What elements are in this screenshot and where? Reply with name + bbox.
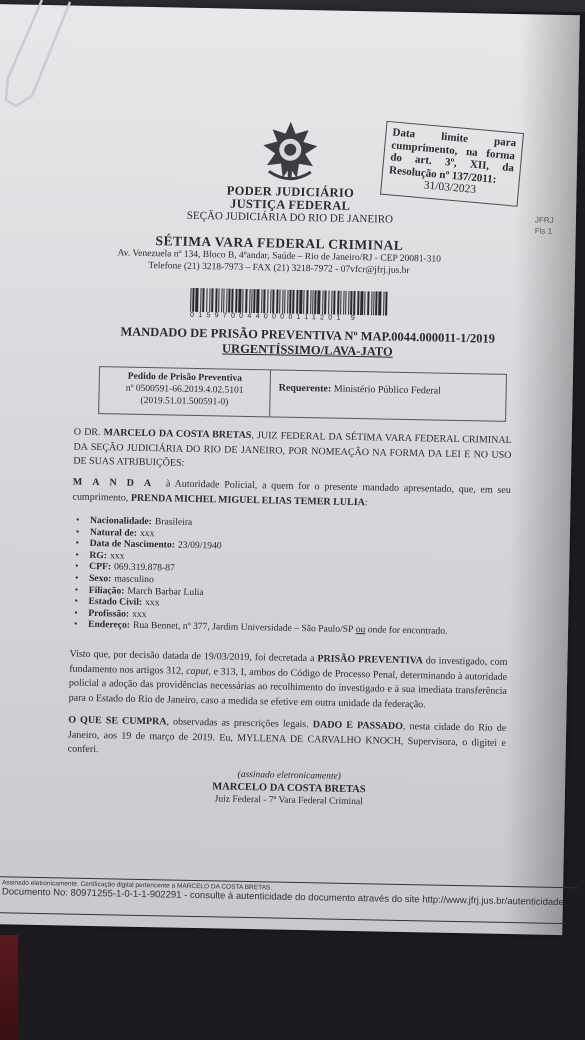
case-info-table: Pedido de Prisão Preventiva nº 0500591-6…	[98, 366, 507, 422]
closing-paragraph: O QUE SE CUMPRA, observadas as prescriçõ…	[68, 714, 507, 766]
signature-role: Juiz Federal - 7ª Vara Federal Criminal	[189, 793, 389, 809]
document-title-block: MANDADO DE PRISÃO PREVENTIVA Nº MAP.0044…	[107, 324, 508, 362]
background-fabric	[0, 935, 18, 1040]
bullet-icon: •	[75, 573, 89, 585]
case-info-request: Pedido de Prisão Preventiva nº 0500591-6…	[99, 367, 271, 416]
bullet-icon: •	[74, 607, 88, 619]
court-header: SÉTIMA VARA FEDERAL CRIMINAL Av. Venezue…	[109, 232, 450, 278]
page-stamp: JFRJ Fls 1	[535, 214, 554, 236]
coat-of-arms-icon	[259, 119, 322, 186]
document-page: PODER JUDICIÁRIO JUSTIÇA FEDERAL SEÇÃO J…	[0, 4, 580, 935]
case-info-requester: Requerente: Ministério Público Federal	[270, 370, 506, 421]
bullet-icon: •	[76, 526, 90, 538]
authentication-footer: Assinado eletronicamente. Certificação d…	[0, 876, 578, 922]
bullet-icon: •	[74, 596, 88, 608]
signature-block: (assinado eletronicamente) MARCELO DA CO…	[189, 768, 390, 809]
bullet-icon: •	[75, 549, 89, 561]
bullet-icon: •	[75, 561, 89, 573]
bullet-icon: •	[75, 584, 89, 596]
person-details-list: •Nacionalidade:Brasileira•Natural de:xxx…	[74, 515, 450, 638]
bullet-icon: •	[76, 515, 90, 527]
deadline-box: Data limite para cumprimento, na forma d…	[380, 121, 524, 207]
bullet-icon: •	[76, 538, 90, 550]
paper-clip-icon	[2, 0, 72, 110]
bullet-icon: •	[74, 619, 88, 631]
decision-paragraph: Visto que, por decisão datada de 19/03/2…	[69, 648, 508, 714]
intro-paragraph: O DR. MARCELO DA COSTA BRETAS, JUIZ FEDE…	[73, 426, 512, 478]
order-paragraph: MANDA à Autoridade Policial, a quem for …	[72, 476, 510, 513]
